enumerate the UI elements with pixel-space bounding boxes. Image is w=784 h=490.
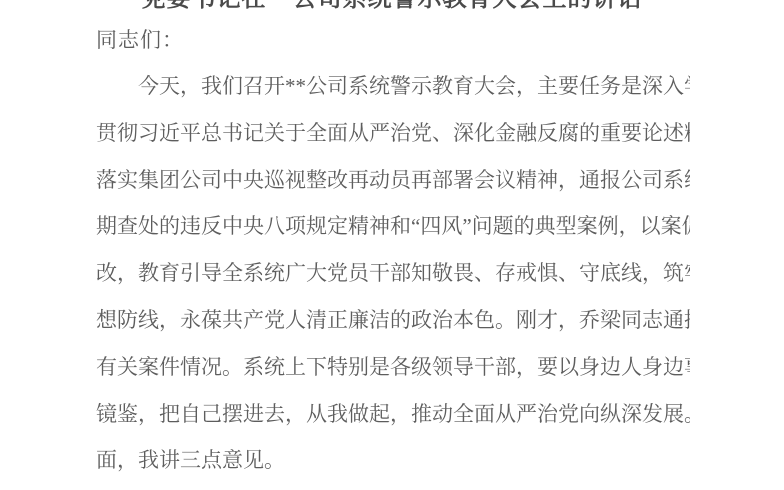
body-line: 今天，我们召开**公司系统警示教育大会，主要任务是深入学习 [96, 63, 690, 110]
body-line: 镜鉴，把自己摆进去，从我做起，推动全面从严治党向纵深发展。下 [96, 391, 690, 438]
body-line: 贯彻习近平总书记关于全面从严治党、深化金融反腐的重要论述精神， [96, 110, 690, 157]
salutation: 同志们： [96, 28, 184, 53]
speech-paragraph: 今天，我们召开**公司系统警示教育大会，主要任务是深入学习 贯彻习近平总书记关于… [96, 63, 690, 484]
body-line: 落实集团公司中央巡视整改再动员再部署会议精神，通报公司系统近 [96, 157, 690, 204]
document-title: 党委书记在**公司系统警示教育大会上的讲话 [0, 0, 784, 12]
body-line: 想防线，永葆共产党人清正廉洁的政治本色。刚才，乔梁同志通报了 [96, 297, 690, 344]
body-line: 有关案件情况。系统上下特别是各级领导干部，要以身边人身边事为 [96, 344, 690, 391]
clipped-title-region: 党委书记在**公司系统警示教育大会上的讲话 [0, 0, 784, 12]
body-line: 期查处的违反中央八项规定精神和“四风”问题的典型案例，以案促 [96, 203, 690, 250]
document-page: 党委书记在**公司系统警示教育大会上的讲话 同志们： 今天，我们召开**公司系统… [0, 0, 784, 490]
body-line: 改，教育引导全系统广大党员干部知敬畏、存戒惧、守底线，筑牢思 [96, 250, 690, 297]
body-line: 面，我讲三点意见。 [96, 437, 690, 484]
